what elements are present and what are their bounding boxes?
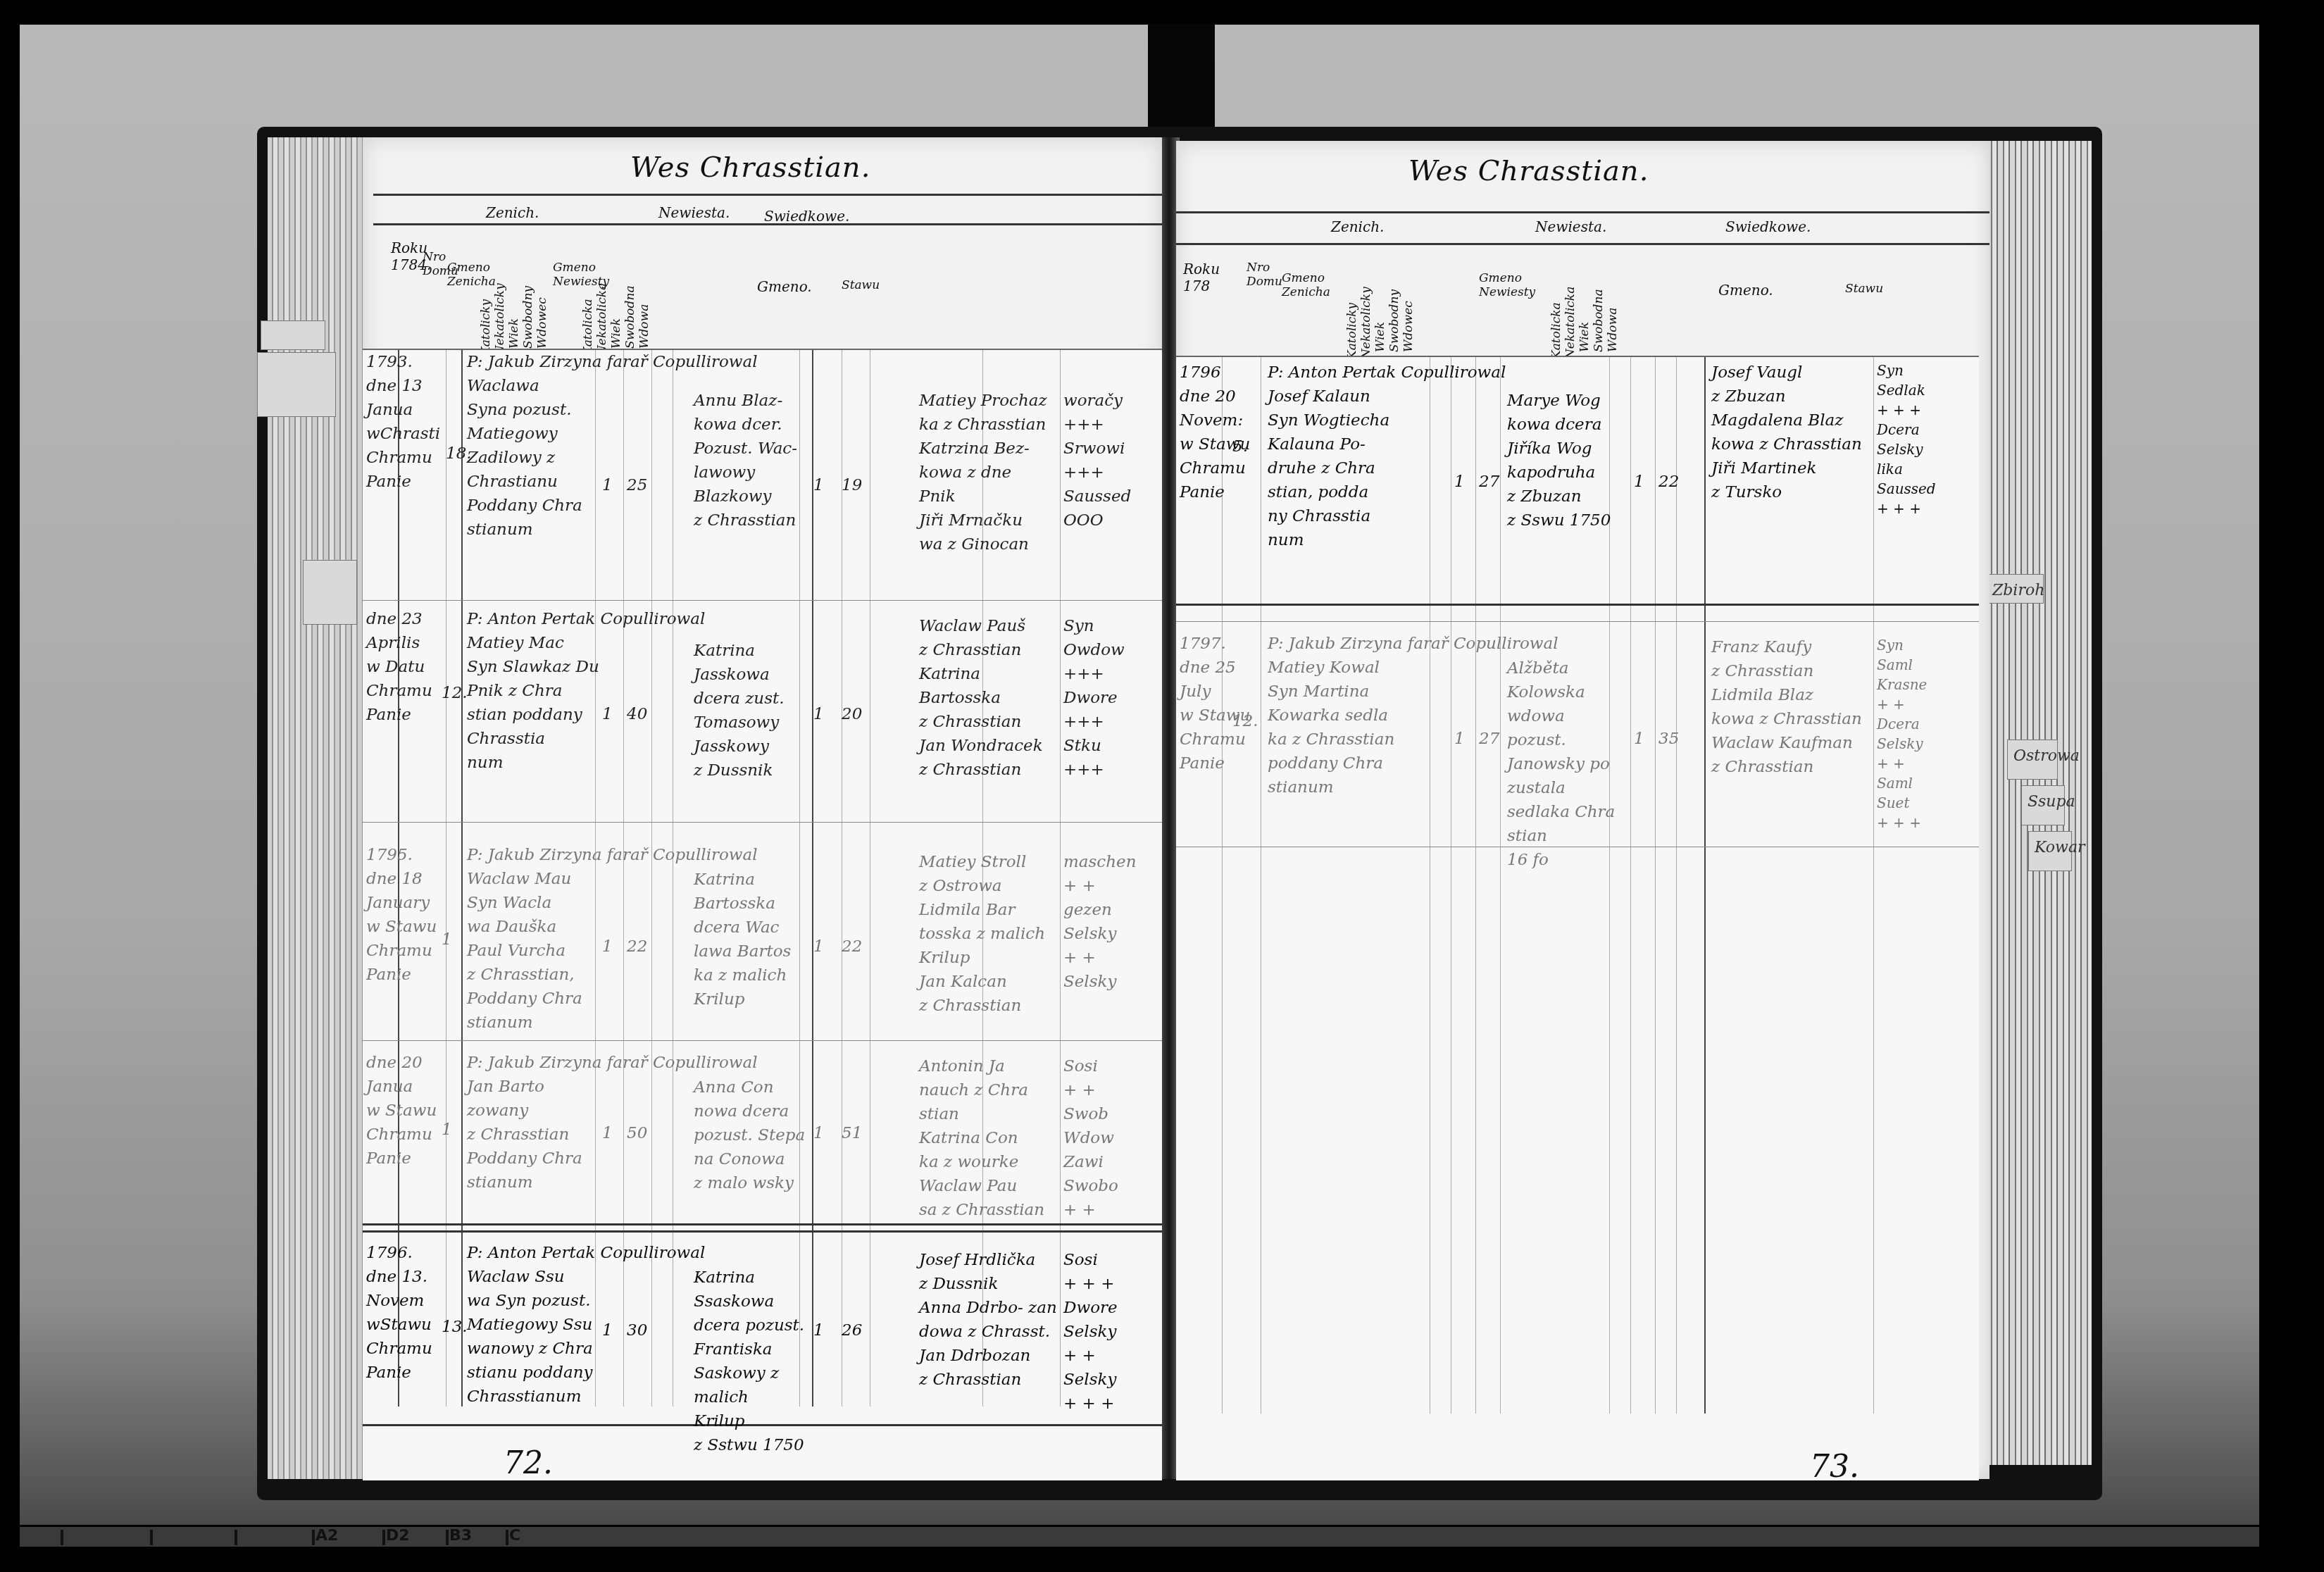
- header-witnesses: Swiedkowe.: [764, 208, 849, 225]
- entry-bride: Katrina Bartosska dcera Wac lawa Bartos …: [694, 868, 813, 1011]
- entry-bride: Marye Wog kowa dcera Jiříka Wog kapodruh…: [1507, 389, 1620, 532]
- header-groom-widower: Wdowec: [1401, 261, 1416, 352]
- header-witness-status: Stawu: [1845, 282, 1883, 296]
- entry-groom-mark: 1: [1454, 727, 1465, 751]
- entry-bride-age: 35: [1658, 727, 1679, 751]
- entry-groom-mark: 1: [602, 1121, 613, 1145]
- entry-witness-status: Syn Saml Krasne + + Dcera Selsky + + Sam…: [1877, 635, 1954, 832]
- ruler-tick: [61, 1530, 63, 1545]
- entry-date: dne 20 Janua w Stawu Chramu Panie: [366, 1051, 447, 1171]
- entry-bride-age: 22: [842, 935, 862, 959]
- header-groom-noncatholic: Nekatolicky: [1359, 254, 1373, 359]
- row-rule: [363, 822, 1162, 823]
- entry-groom-age: 40: [627, 702, 647, 726]
- entry-witness-status: maschen + + gezen Selsky + + Selsky: [1063, 850, 1127, 994]
- entry-bride-mark: 1: [813, 1121, 824, 1145]
- entry-house-no: 5.: [1232, 435, 1248, 458]
- entry-groom-mark: 1: [602, 1318, 613, 1342]
- entry-witness-status: Syn Owdow +++ Dwore +++ Stku +++: [1063, 614, 1127, 782]
- entry-bride: Alžběta Kolowska wdowa pozust. Janowsky …: [1507, 656, 1620, 872]
- entry-date: 1795. dne 18 January w Stawu Chramu Pani…: [366, 843, 447, 987]
- column-rule: [842, 350, 842, 1406]
- entry-groom-age: 22: [627, 935, 647, 959]
- ruler-tick: [382, 1530, 385, 1545]
- header-rule: [1176, 243, 1989, 245]
- header-groom-single: Swobodny: [521, 257, 535, 349]
- entry-witnesses: Josef Vaugl z Zbuzan Magdalena Blaz kowa…: [1711, 361, 1873, 504]
- header-bride-noncatholic: Nekatolicka: [1563, 254, 1578, 359]
- column-rule: [1261, 357, 1261, 1414]
- header-groom: Zenich.: [486, 204, 539, 221]
- column-rule: [461, 350, 463, 1406]
- entry-groom-age: 27: [1479, 727, 1499, 751]
- entry-bride: Anna Con nowa dcera pozust. Stepa na Con…: [694, 1075, 813, 1195]
- entry-date: 1796. dne 13. Novem wStawu Chramu Panie: [366, 1241, 447, 1385]
- entry-witnesses: Waclaw Pauš z Chrasstian Katrina Bartoss…: [919, 614, 1060, 782]
- header-bride-widow: Wdowa: [1606, 261, 1620, 352]
- entry-bride-mark: 1: [1634, 727, 1644, 751]
- entry-date: 1793. dne 13 Janua wChrasti Chramu Panie: [366, 350, 447, 494]
- margin-tab: Kowar: [2028, 831, 2072, 871]
- margin-tab: Ostrowa: [2007, 740, 2058, 780]
- entry-bride-mark: 1: [813, 935, 824, 959]
- entry-bride-mark: 1: [813, 702, 824, 726]
- header-groom: Zenich.: [1331, 218, 1384, 235]
- header-groom-widower: Wdowec: [535, 257, 549, 349]
- header-groom-single: Swobodny: [1387, 261, 1401, 352]
- index-tab: [257, 352, 336, 417]
- header-groom-age: Wiek: [1373, 275, 1387, 352]
- entry-witness-status: Sosi + + Swob Wdow Zawi Swobo + +: [1063, 1054, 1127, 1222]
- header-year: Roku 178: [1183, 261, 1239, 294]
- entry-bride: Annu Blaz- kowa dcer. Pozust. Wac- lawow…: [694, 389, 813, 532]
- ruler-tick: [312, 1530, 315, 1545]
- page-title: Wes Chrasstian.: [630, 151, 870, 184]
- header-bride-single: Swobodna: [623, 257, 637, 349]
- ruler-label: B3: [449, 1527, 472, 1545]
- row-rule: [363, 1040, 1162, 1041]
- entry-witness-status: Sosi + + + Dwore Selsky + + Selsky + + +: [1063, 1248, 1127, 1416]
- ruler-tick: [506, 1530, 508, 1545]
- header-rule: [1176, 211, 1989, 213]
- entry-bride-age: 20: [842, 702, 862, 726]
- header-rule: [373, 194, 1162, 196]
- inserted-register-slip: 1796 dne 20 Novem: w Stawu Chramu Panie …: [1176, 356, 1979, 1480]
- header-bride-age: Wiek: [1578, 275, 1592, 352]
- margin-tab: Ssupa: [2021, 785, 2065, 825]
- column-rule: [1704, 357, 1706, 1414]
- index-tab: [261, 320, 325, 350]
- entry-house-no: 12.: [442, 681, 468, 705]
- row-rule: [1176, 604, 1979, 606]
- row-rule: [363, 1230, 1162, 1233]
- column-rule: [1060, 350, 1061, 1406]
- ruler-tick: [446, 1530, 449, 1545]
- header-bride: Newiesta.: [1535, 218, 1606, 235]
- entry-groom-age: 25: [627, 473, 647, 497]
- ruler-tick: [150, 1530, 153, 1545]
- header-groom-name: Gmeno Zenicha: [1282, 271, 1345, 299]
- header-bride-catholic: Katolicka: [581, 250, 595, 356]
- entry-groom-mark: 1: [602, 935, 613, 959]
- column-rule: [1222, 357, 1223, 1414]
- film-strip-ruler: A2 D2 B3 C: [20, 1527, 2259, 1547]
- entry-bride-age: 22: [1658, 470, 1679, 494]
- column-rule: [1630, 357, 1631, 1414]
- ruler-label: C: [509, 1527, 520, 1545]
- entry-witnesses: Franz Kaufy z Chrasstian Lidmila Blaz ko…: [1711, 635, 1873, 779]
- entry-groom-mark: 1: [602, 702, 613, 726]
- header-groom-noncatholic: Nekatolicky: [493, 250, 507, 356]
- entry-witness-status: woračy +++ Srwowi +++ Saussed OOO: [1063, 389, 1127, 532]
- entry-bride-mark: 1: [813, 473, 824, 497]
- header-bride-catholic: Katolicka: [1549, 254, 1563, 359]
- entry-witnesses: Antonin Ja nauch z Chra stian Katrina Co…: [919, 1054, 1060, 1222]
- entry-house-no: 1: [442, 1118, 452, 1142]
- entry-bride-age: 51: [842, 1121, 862, 1145]
- page-title: Wes Chrasstian.: [1408, 155, 1649, 187]
- header-bride-single: Swobodna: [1592, 261, 1606, 352]
- index-tab: [303, 560, 357, 625]
- entry-house-no: 12.: [1232, 709, 1258, 733]
- row-rule: [1176, 621, 1979, 622]
- column-rule: [1676, 357, 1677, 1414]
- ruler-tick: [235, 1530, 237, 1545]
- column-rule: [1873, 357, 1874, 1414]
- entry-groom-age: 50: [627, 1121, 647, 1145]
- entry-house-no: 13.: [442, 1315, 468, 1339]
- header-witness-name: Gmeno.: [757, 278, 812, 295]
- header-bride: Newiesta.: [658, 204, 730, 221]
- entry-groom-mark: 1: [602, 473, 613, 497]
- entry-bride-age: 19: [842, 473, 862, 497]
- right-page: Wes Chrasstian. Roku 178 Nro Domu Zenich…: [1176, 141, 1989, 1479]
- column-rule: [1655, 357, 1656, 1414]
- header-house-no: Nro Domu: [1247, 261, 1275, 289]
- header-bride-widow: Wdowa: [637, 257, 651, 349]
- header-witness-name: Gmeno.: [1718, 282, 1773, 299]
- header-groom-catholic: Katolicky: [479, 250, 493, 356]
- page-number: 73.: [1810, 1449, 1859, 1485]
- row-rule: [363, 600, 1162, 601]
- entry-house-no: 1: [442, 928, 452, 952]
- header-witness-status: Stawu: [842, 278, 880, 292]
- entry-bride-age: 26: [842, 1318, 862, 1342]
- entry-witness-status: Syn Sedlak + + + Dcera Selsky lika Sauss…: [1877, 361, 1954, 518]
- entry-witnesses: Matiey Prochaz ka z Chrasstian Katrzina …: [919, 389, 1060, 556]
- entry-bride-mark: 1: [1634, 470, 1644, 494]
- column-rule: [870, 350, 870, 1406]
- entry-date: 1797. dne 25 July w Stawu Chramu Panie: [1180, 632, 1261, 775]
- page-number: 72.: [504, 1445, 553, 1481]
- entry-witnesses: Josef Hrdlička z Dussnik Anna Ddrbo- zan…: [919, 1248, 1060, 1392]
- entry-groom-age: 30: [627, 1318, 647, 1342]
- entry-groom-age: 27: [1479, 470, 1499, 494]
- entry-witnesses: Matiey Stroll z Ostrowa Lidmila Bar toss…: [919, 850, 1060, 1018]
- entry-groom-mark: 1: [1454, 470, 1465, 494]
- ruler-label: D2: [386, 1527, 410, 1545]
- inserted-register-slip: 1793. dne 13 Janua wChrasti Chramu Panie…: [363, 349, 1162, 1480]
- header-groom-age: Wiek: [507, 271, 521, 349]
- left-page: Wes Chrasstian. Roku 1784. Nro Domu Zeni…: [363, 137, 1162, 1479]
- entry-bride-mark: 1: [813, 1318, 824, 1342]
- entry-bride: Katrina Jasskowa dcera zust. Tomasowy Ja…: [694, 639, 813, 782]
- margin-tab: Zbiroh: [1986, 574, 2044, 604]
- row-rule: [363, 1223, 1162, 1225]
- header-groom-catholic: Katolicky: [1345, 254, 1359, 359]
- header-bride-age: Wiek: [609, 271, 623, 349]
- entry-bride: Katrina Ssaskowa dcera pozust. Frantiska…: [694, 1266, 813, 1457]
- header-bride-name: Gmeno Newiesty: [1479, 271, 1542, 299]
- entry-date: dne 23 Aprilis w Datu Chramu Panie: [366, 607, 447, 727]
- header-bride-noncatholic: Nekatolicka: [595, 250, 609, 356]
- entry-date: 1796 dne 20 Novem: w Stawu Chramu Panie: [1180, 361, 1261, 504]
- ruler-label: A2: [316, 1527, 338, 1545]
- header-witnesses: Swiedkowe.: [1725, 218, 1811, 235]
